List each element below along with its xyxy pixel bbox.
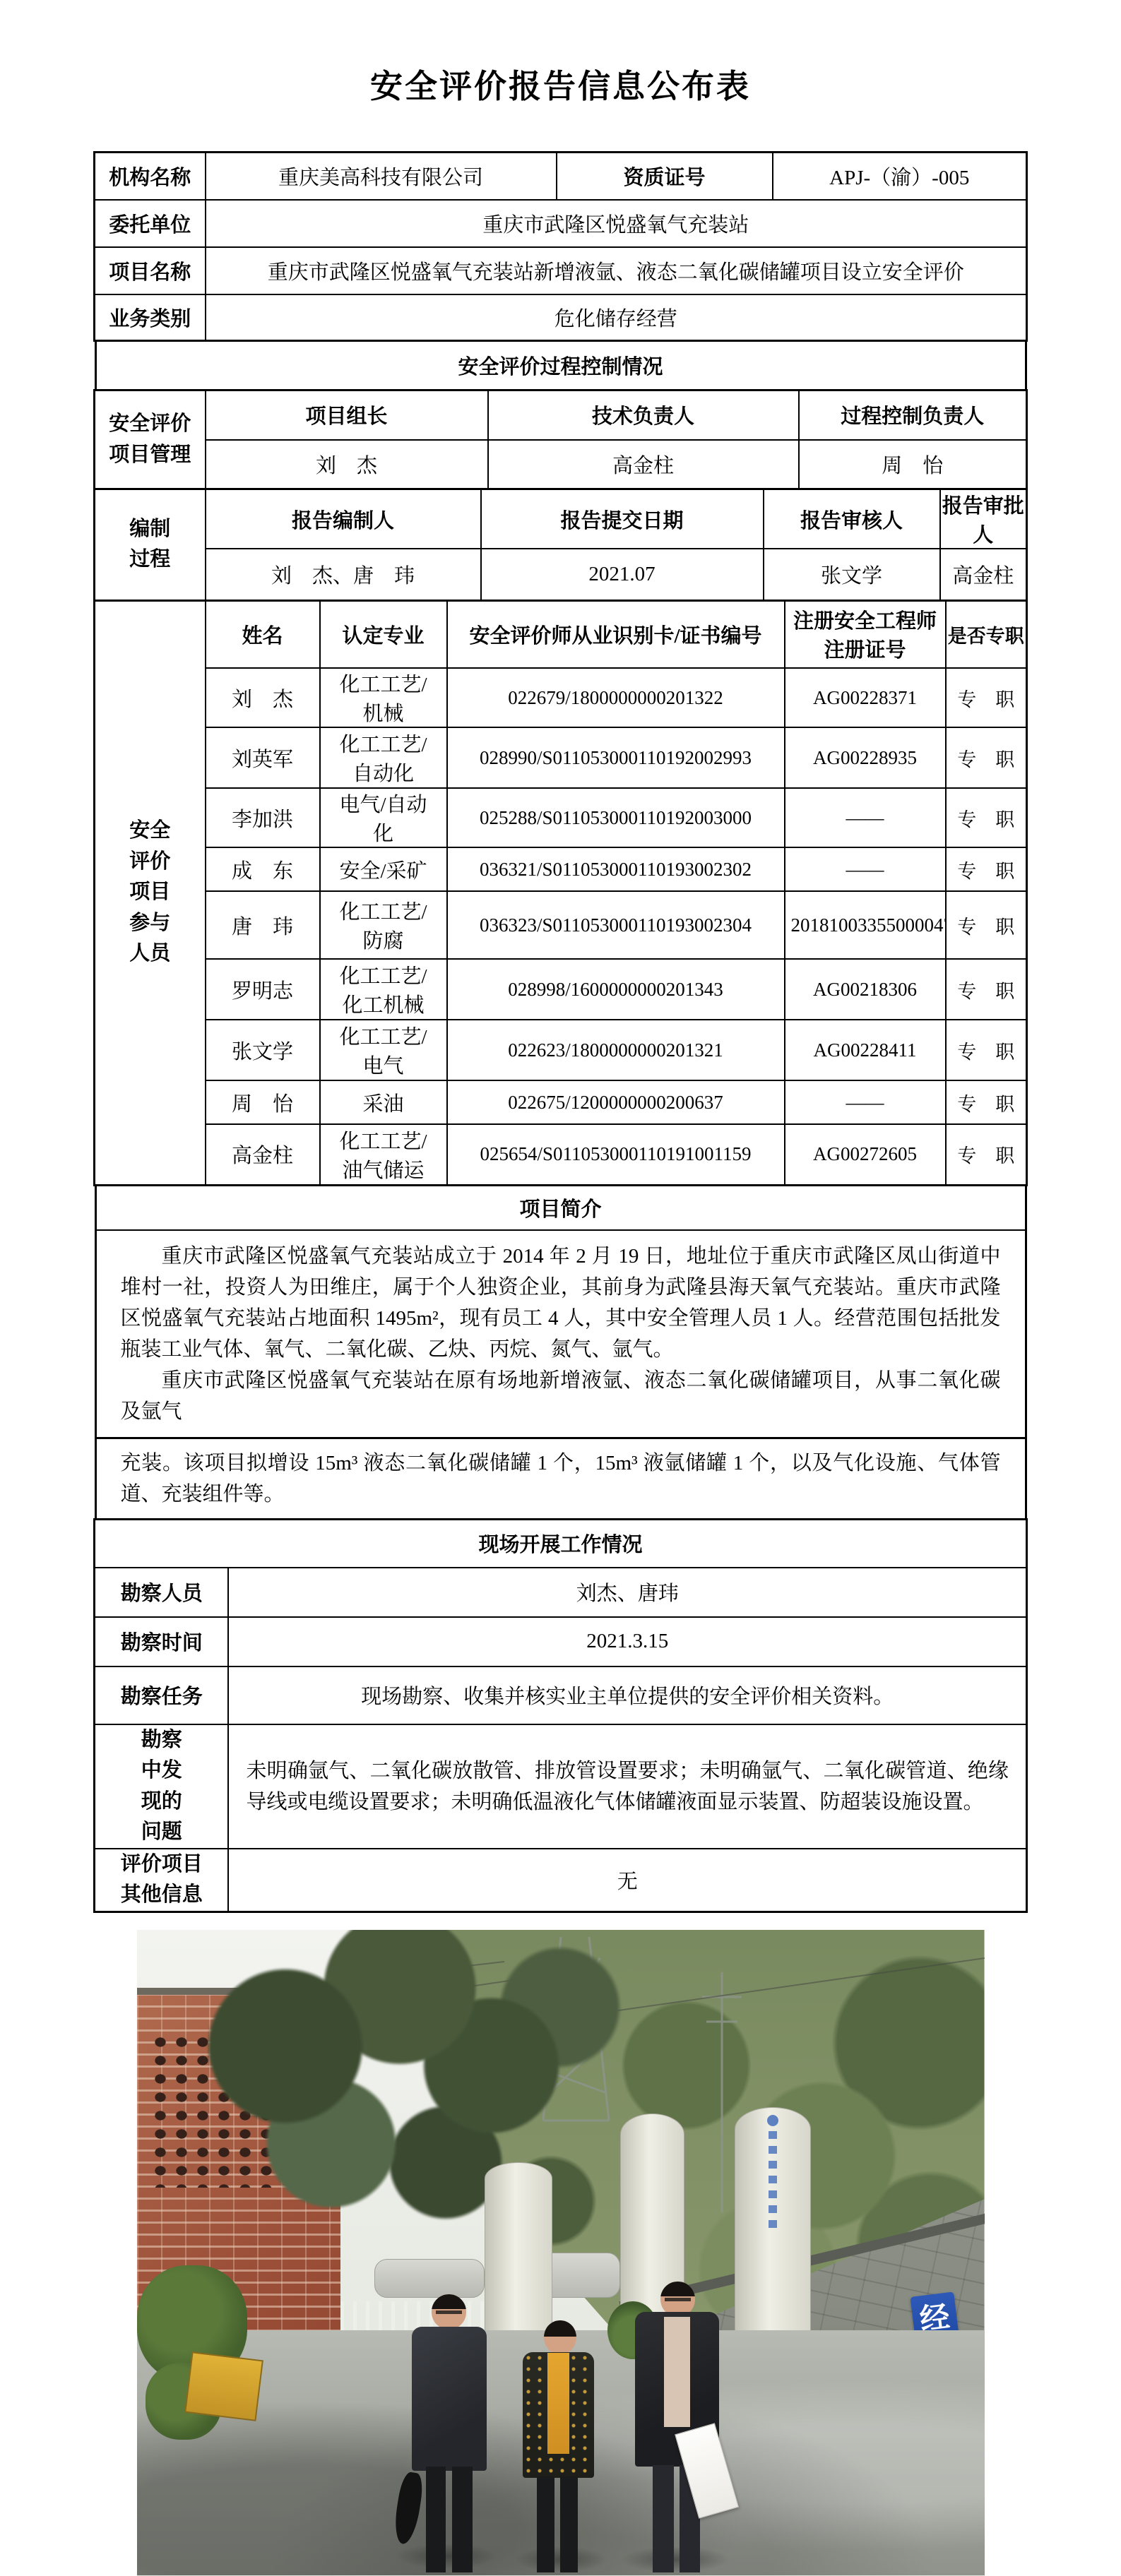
folded-umbrella — [392, 2471, 425, 2546]
report-approver-value: 高金柱 — [940, 549, 1027, 600]
other-info-value: 无 — [228, 1849, 1026, 1912]
trousers — [653, 2465, 674, 2572]
table-row: 勘察人员 刘杰、唐玮 — [94, 1568, 1026, 1617]
col-header-card-no: 安全评价师从业识别卡/证书编号 — [447, 600, 785, 668]
team-leader-header: 项目组长 — [206, 390, 488, 440]
other-info-label: 评价项目其他信息 — [94, 1849, 228, 1912]
yellow-board — [184, 2351, 263, 2421]
trousers — [452, 2467, 473, 2572]
survey-date-value: 2021.3.15 — [228, 1617, 1026, 1666]
member-name: 李加洪 — [206, 788, 320, 847]
project-intro-header: 项目简介 — [95, 1185, 1026, 1230]
table-row: 编制过程 报告编制人 报告提交日期 报告审核人 报告审批人 — [95, 489, 1027, 549]
table-row: 张文学 化工工艺/电气 022623/1800000000201321 AG00… — [95, 1020, 1027, 1080]
member-name: 刘英军 — [206, 727, 320, 788]
trousers — [537, 2476, 554, 2572]
site-work-header: 现场开展工作情况 — [94, 1520, 1026, 1568]
surveyor-middle — [514, 2320, 603, 2572]
tank-logo — [767, 2115, 778, 2126]
process-lead-value: 周 怡 — [799, 440, 1027, 489]
survey-date-label: 勘察时间 — [94, 1617, 228, 1666]
compile-process-label: 编制过程 — [95, 489, 206, 601]
tree-canopy — [171, 1930, 629, 2279]
member-name: 高金柱 — [206, 1124, 320, 1185]
report-date-value: 2021.07 — [481, 549, 764, 600]
participants-side-label: 安全评价项目参与人员 — [95, 600, 206, 1185]
table-row: 刘 杰、唐 玮 2021.07 张文学 高金柱 — [95, 549, 1027, 600]
project-intro-table: 项目简介 重庆市武隆区悦盛氧气充装站成立于 2014 年 2 月 19 日，地址… — [95, 1184, 1027, 1440]
dark-jacket — [412, 2327, 487, 2471]
member-name: 成 东 — [206, 847, 320, 891]
table-row: 重庆市武隆区悦盛氧气充装站成立于 2014 年 2 月 19 日，地址位于重庆市… — [95, 1230, 1026, 1438]
member-reg-no: AG00228371 — [785, 668, 946, 727]
member-fulltime: 专 职 — [946, 1080, 1027, 1124]
glasses — [436, 2310, 462, 2314]
member-reg-no: AG00218306 — [785, 959, 946, 1020]
org-name-label: 机构名称 — [95, 153, 206, 200]
face — [660, 2282, 694, 2316]
survey-issues-label: 勘察中发现的问题 — [94, 1724, 228, 1849]
table-row: 项目简介 — [95, 1185, 1026, 1230]
tank-label-marks — [769, 2130, 777, 2227]
table-row: 李加洪 电气/自动化 025288/S011053000110192003000… — [95, 788, 1027, 847]
member-reg-no: AG00272605 — [785, 1124, 946, 1185]
survey-staff-value: 刘杰、唐玮 — [228, 1568, 1026, 1617]
member-major: 安全/采矿 — [320, 847, 447, 891]
project-management-label: 安全评价项目管理 — [95, 390, 206, 489]
survey-issues-value: 未明确氩气、二氧化碳放散管、排放管设置要求；未明确氩气、二氧化碳管道、绝缘导线或… — [228, 1724, 1026, 1849]
col-header-fulltime: 是否专职 — [946, 600, 1027, 668]
table-row: 高金柱 化工工艺/油气储运 025654/S011053000110191001… — [95, 1124, 1027, 1185]
member-reg-no: 201810033550000473 — [785, 891, 946, 959]
report-approver-header: 报告审批人 — [940, 489, 1027, 549]
member-card-no: 025654/S011053000110191001159 — [447, 1124, 785, 1185]
beige-shirt — [664, 2317, 690, 2427]
face — [432, 2294, 466, 2329]
survey-task-label: 勘察任务 — [94, 1666, 228, 1724]
member-card-no: 028998/1600000000201343 — [447, 959, 785, 1020]
report-reviewer-value: 张文学 — [764, 549, 940, 600]
site-work-table: 现场开展工作情况 勘察人员 刘杰、唐玮 勘察时间 2021.3.15 勘察任务 … — [93, 1518, 1028, 1913]
intro-continuation-table: 充装。该项目拟增设 15m³ 液态二氧化碳储罐 1 个，15m³ 液氩储罐 1 … — [95, 1437, 1027, 1520]
report-writer-header: 报告编制人 — [206, 489, 481, 549]
member-card-no: 028990/S011053000110192002993 — [447, 727, 785, 788]
cert-no-label: 资质证号 — [557, 153, 773, 200]
table-row: 项目名称 重庆市武隆区悦盛氧气充装站新增液氩、液态二氧化碳储罐项目设立安全评价 — [95, 247, 1027, 294]
info-table: 机构名称 重庆美高科技有限公司 资质证号 APJ-（渝）-005 委托单位 重庆… — [93, 151, 1028, 342]
report-writer-value: 刘 杰、唐 玮 — [206, 549, 481, 600]
member-major: 化工工艺/防腐 — [320, 891, 447, 959]
member-reg-no: —— — [785, 847, 946, 891]
member-major: 化工工艺/油气储运 — [320, 1124, 447, 1185]
col-header-name: 姓名 — [206, 600, 320, 668]
trousers — [560, 2476, 578, 2572]
tanker-truck — [374, 2259, 485, 2298]
document-page: 安全评价报告信息公布表 机构名称 重庆美高科技有限公司 资质证号 APJ-（渝）… — [0, 0, 1121, 2576]
compile-process-table: 编制过程 报告编制人 报告提交日期 报告审核人 报告审批人 刘 杰、唐 玮 20… — [93, 488, 1028, 602]
member-card-no: 036321/S011053000110193002302 — [447, 847, 785, 891]
member-fulltime: 专 职 — [946, 1020, 1027, 1080]
process-control-header: 安全评价过程控制情况 — [95, 341, 1026, 390]
tech-lead-value: 高金柱 — [488, 440, 799, 489]
member-major: 化工工艺/机械 — [320, 668, 447, 727]
table-row: 安全评价过程控制情况 — [95, 341, 1026, 390]
table-row: 唐 玮 化工工艺/防腐 036323/S01105300011019300230… — [95, 891, 1027, 959]
member-reg-no: —— — [785, 1080, 946, 1124]
member-fulltime: 专 职 — [946, 959, 1027, 1020]
member-card-no: 036323/S011053000110193002304 — [447, 891, 785, 959]
glasses — [665, 2298, 691, 2301]
col-header-reg-no: 注册安全工程师注册证号 — [785, 600, 946, 668]
business-type-label: 业务类别 — [95, 294, 206, 341]
process-lead-header: 过程控制负责人 — [799, 390, 1027, 440]
hair — [432, 2294, 466, 2309]
report-reviewer-header: 报告审核人 — [764, 489, 940, 549]
page-title: 安全评价报告信息公布表 — [0, 61, 1121, 107]
member-major: 化工工艺/化工机械 — [320, 959, 447, 1020]
storage-tank — [735, 2107, 811, 2353]
member-fulltime: 专 职 — [946, 668, 1027, 727]
trousers — [426, 2467, 446, 2572]
survey-task-value: 现场勘察、收集并核实业主单位提供的安全评价相关资料。 — [228, 1666, 1026, 1724]
table-row: 罗明志 化工工艺/化工机械 028998/1600000000201343 AG… — [95, 959, 1027, 1020]
project-name-value: 重庆市武隆区悦盛氧气充装站新增液氩、液态二氧化碳储罐项目设立安全评价 — [206, 247, 1027, 294]
member-reg-no: AG00228411 — [785, 1020, 946, 1080]
member-major: 采油 — [320, 1080, 447, 1124]
member-fulltime: 专 职 — [946, 891, 1027, 959]
client-label: 委托单位 — [95, 200, 206, 247]
member-fulltime: 专 职 — [946, 847, 1027, 891]
survey-staff-label: 勘察人员 — [94, 1568, 228, 1617]
participants-table: 安全评价项目参与人员 姓名 认定专业 安全评价师从业识别卡/证书编号 注册安全工… — [93, 600, 1028, 1186]
member-reg-no: —— — [785, 788, 946, 847]
table-row: 现场开展工作情况 — [94, 1520, 1026, 1568]
hair — [660, 2282, 694, 2296]
tech-lead-header: 技术负责人 — [488, 390, 799, 440]
member-card-no: 025288/S011053000110192003000 — [447, 788, 785, 847]
table-row: 勘察时间 2021.3.15 — [94, 1617, 1026, 1666]
table-row: 勘察中发现的问题 未明确氩气、二氧化碳放散管、排放管设置要求；未明确氩气、二氧化… — [94, 1724, 1026, 1849]
table-row: 安全评价项目参与人员 姓名 认定专业 安全评价师从业识别卡/证书编号 注册安全工… — [95, 600, 1027, 668]
table-row: 刘英军 化工工艺/自动化 028990/S0110530001101920029… — [95, 727, 1027, 788]
member-card-no: 022675/1200000000200637 — [447, 1080, 785, 1124]
member-fulltime: 专 职 — [946, 727, 1027, 788]
col-header-major: 认定专业 — [320, 600, 447, 668]
table-row: 刘 杰 化工工艺/机械 022679/1800000000201322 AG00… — [95, 668, 1027, 727]
table-row: 业务类别 危化储存经营 — [95, 294, 1027, 341]
orange-top — [547, 2353, 569, 2454]
table-row: 评价项目其他信息 无 — [94, 1849, 1026, 1912]
table-row: 周 怡 采油 022675/1200000000200637 —— 专 职 — [95, 1080, 1027, 1124]
table-row: 刘 杰 高金柱 周 怡 — [95, 440, 1027, 489]
member-major: 化工工艺/电气 — [320, 1020, 447, 1080]
intro-continuation: 充装。该项目拟增设 15m³ 液态二氧化碳储罐 1 个，15m³ 液氩储罐 1 … — [95, 1438, 1026, 1520]
surveyor-right — [620, 2282, 730, 2572]
report-date-header: 报告提交日期 — [481, 489, 764, 549]
member-name: 罗明志 — [206, 959, 320, 1020]
member-major: 电气/自动化 — [320, 788, 447, 847]
member-major: 化工工艺/自动化 — [320, 727, 447, 788]
table-row: 安全评价项目管理 项目组长 技术负责人 过程控制负责人 — [95, 390, 1027, 440]
member-card-no: 022679/1800000000201322 — [447, 668, 785, 727]
member-fulltime: 专 职 — [946, 788, 1027, 847]
org-name-value: 重庆美高科技有限公司 — [206, 153, 557, 200]
member-card-no: 022623/1800000000201321 — [447, 1020, 785, 1080]
member-name: 张文学 — [206, 1020, 320, 1080]
project-intro-body: 重庆市武隆区悦盛氧气充装站成立于 2014 年 2 月 19 日，地址位于重庆市… — [95, 1230, 1026, 1438]
intro-paragraph-1: 重庆市武隆区悦盛氧气充装站成立于 2014 年 2 月 19 日，地址位于重庆市… — [121, 1241, 1001, 1365]
project-management-table: 安全评价项目管理 项目组长 技术负责人 过程控制负责人 刘 杰 高金柱 周 怡 — [93, 389, 1028, 490]
intro-paragraph-2: 重庆市武隆区悦盛氧气充装站在原有场地新增液氩、液态二氧化碳储罐项目，从事二氧化碳… — [121, 1365, 1001, 1427]
table-row: 勘察任务 现场勘察、收集并核实业主单位提供的安全评价相关资料。 — [94, 1666, 1026, 1724]
member-reg-no: AG00228935 — [785, 727, 946, 788]
project-name-label: 项目名称 — [95, 247, 206, 294]
member-name: 周 怡 — [206, 1080, 320, 1124]
member-name: 刘 杰 — [206, 668, 320, 727]
member-name: 唐 玮 — [206, 891, 320, 959]
team-leader-value: 刘 杰 — [206, 440, 488, 489]
client-value: 重庆市武隆区悦盛氧气充装站 — [206, 200, 1027, 247]
member-fulltime: 专 职 — [946, 1124, 1027, 1185]
table-row: 充装。该项目拟增设 15m³ 液态二氧化碳储罐 1 个，15m³ 液氩储罐 1 … — [95, 1438, 1026, 1520]
surveyor-left — [396, 2294, 497, 2572]
table-row: 成 东 安全/采矿 036321/S011053000110193002302 … — [95, 847, 1027, 891]
process-control-section: 安全评价过程控制情况 — [95, 340, 1027, 391]
hair — [544, 2320, 576, 2337]
table-row: 机构名称 重庆美高科技有限公司 资质证号 APJ-（渝）-005 — [95, 153, 1027, 200]
business-type-value: 危化储存经营 — [206, 294, 1027, 341]
cert-no-value: APJ-（渝）-005 — [773, 153, 1027, 200]
site-photo: 为 本 诚 信 经 — [137, 1930, 985, 2576]
table-row: 委托单位 重庆市武隆区悦盛氧气充装站 — [95, 200, 1027, 247]
face — [544, 2320, 576, 2354]
